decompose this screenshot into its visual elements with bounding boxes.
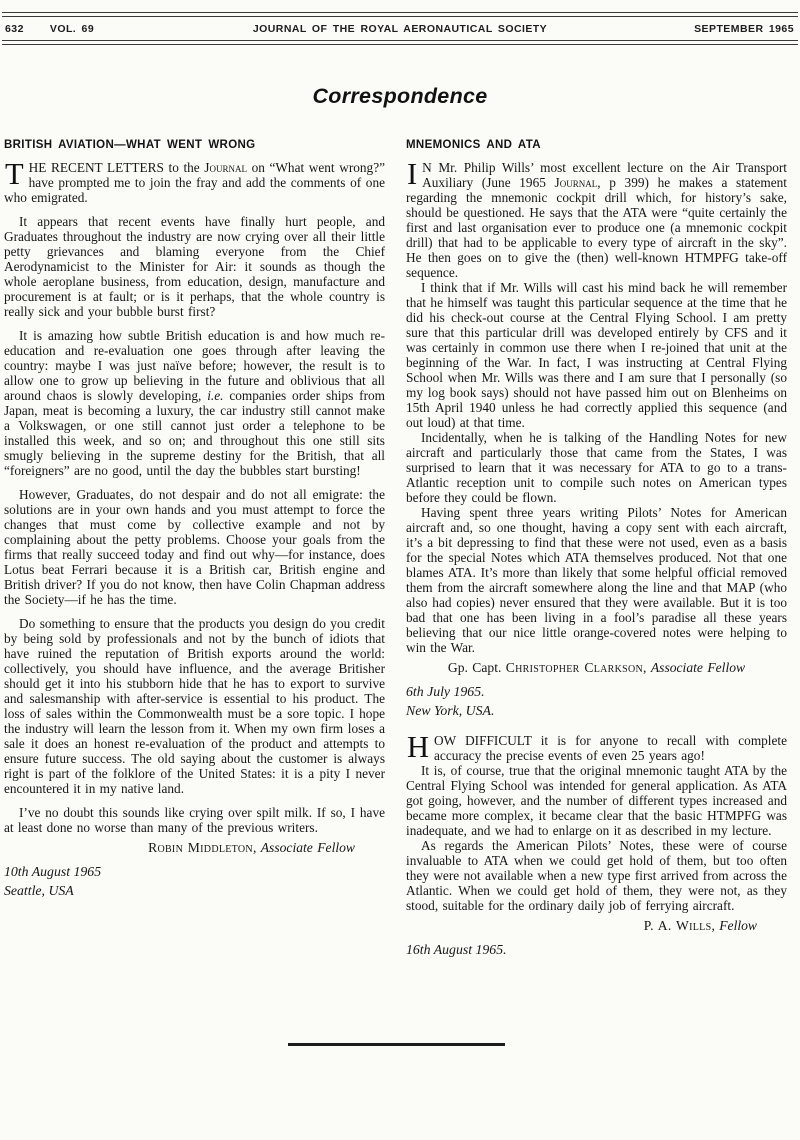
signature-name: Robin Middleton [148,840,253,855]
signature-line: Gp. Capt. Christopher Clarkson, Associat… [406,660,787,676]
text-run: I think that if Mr. Wills will cast his … [406,280,787,430]
signature-prefix: Gp. Capt. [448,660,506,675]
right-column: MNEMONICS AND ATAIN Mr. Philip Wills’ mo… [406,139,787,960]
date-line: 16th August 1965. [406,941,787,960]
paragraph: It is amazing how subtle British educati… [4,328,385,478]
text-run: It is, of course, true that the original… [406,763,787,838]
text-run: , p 399) he makes a statement regarding … [406,175,787,280]
journal-title: JOURNAL OF THE ROYAL AERONAUTICAL SOCIET… [0,23,800,35]
date-line: 6th July 1965. [406,683,787,702]
left-column: BRITISH AVIATION—WHAT WENT WRONGTHE RECE… [4,139,385,960]
letter: BRITISH AVIATION—WHAT WENT WRONGTHE RECE… [4,139,385,900]
journal-page: 632 VOL. 69 JOURNAL OF THE ROYAL AERONAU… [0,0,800,1140]
text-run: OW DIFFICULT it is for anyone to recall … [434,733,787,763]
paragraph: IN Mr. Philip Wills’ most excellent lect… [406,160,787,280]
date-block: 16th August 1965. [406,941,787,960]
footer-rule [288,1043,505,1046]
text-run: i.e. [207,388,223,403]
header-rule-bottom [2,40,798,45]
paragraph: Having spent three years writing Pilots’… [406,505,787,655]
signature-role: Associate Fellow [651,660,745,675]
letter: HOW DIFFICULT it is for anyone to recall… [406,733,787,960]
signature-role: Associate Fellow [261,840,355,855]
signature-line: P. A. Wills, Fellow [406,918,787,934]
date-line: 10th August 1965 [4,863,385,882]
letter-heading: MNEMONICS AND ATA [406,139,787,151]
text-run: Journal [555,175,598,190]
paragraph: It appears that recent events have final… [4,214,385,319]
text-run: Having spent three years writing Pilots’… [406,505,787,655]
text-run: It appears that recent events have final… [4,214,385,319]
paragraph: I think that if Mr. Wills will cast his … [406,280,787,430]
text-run: Do something to ensure that the products… [4,616,385,796]
signature-separator: , [253,840,261,855]
paragraph: I’ve no doubt this sounds like crying ov… [4,805,385,835]
signature-separator: , [643,660,651,675]
paragraph: Do something to ensure that the products… [4,616,385,796]
dropcap: I [406,160,422,187]
text-run: However, Graduates, do not despair and d… [4,487,385,607]
dropcap: H [406,733,434,760]
paragraph: However, Graduates, do not despair and d… [4,487,385,607]
signature-line: Robin Middleton, Associate Fellow [4,840,385,856]
text-run: Incidentally, when he is talking of the … [406,430,787,505]
paragraph: THE RECENT LETTERS to the Journal on “Wh… [4,160,385,205]
text-run: As regards the American Pilots’ Notes, t… [406,838,787,913]
text-run: I’ve no doubt this sounds like crying ov… [4,805,385,835]
letter-heading: BRITISH AVIATION—WHAT WENT WRONG [4,139,385,151]
section-title: Correspondence [0,84,800,109]
signature-role: Fellow [719,918,757,933]
running-header: 632 VOL. 69 JOURNAL OF THE ROYAL AERONAU… [0,17,800,40]
dropcap: T [4,160,29,187]
paragraph: HOW DIFFICULT it is for anyone to recall… [406,733,787,763]
date-block: 10th August 1965Seattle, USA [4,863,385,900]
signature-name: Christopher Clarkson [506,660,643,675]
text-run: HE RECENT LETTERS to the [29,160,205,175]
date-block: 6th July 1965.New York, USA. [406,683,787,720]
letter: MNEMONICS AND ATAIN Mr. Philip Wills’ mo… [406,139,787,720]
paragraph: As regards the American Pilots’ Notes, t… [406,838,787,913]
signature-name: P. A. Wills [644,918,712,933]
place-line: Seattle, USA [4,882,385,901]
place-line: New York, USA. [406,702,787,721]
paragraph: It is, of course, true that the original… [406,763,787,838]
paragraph: Incidentally, when he is talking of the … [406,430,787,505]
text-run: Journal [204,160,247,175]
two-column-layout: BRITISH AVIATION—WHAT WENT WRONGTHE RECE… [0,109,800,960]
